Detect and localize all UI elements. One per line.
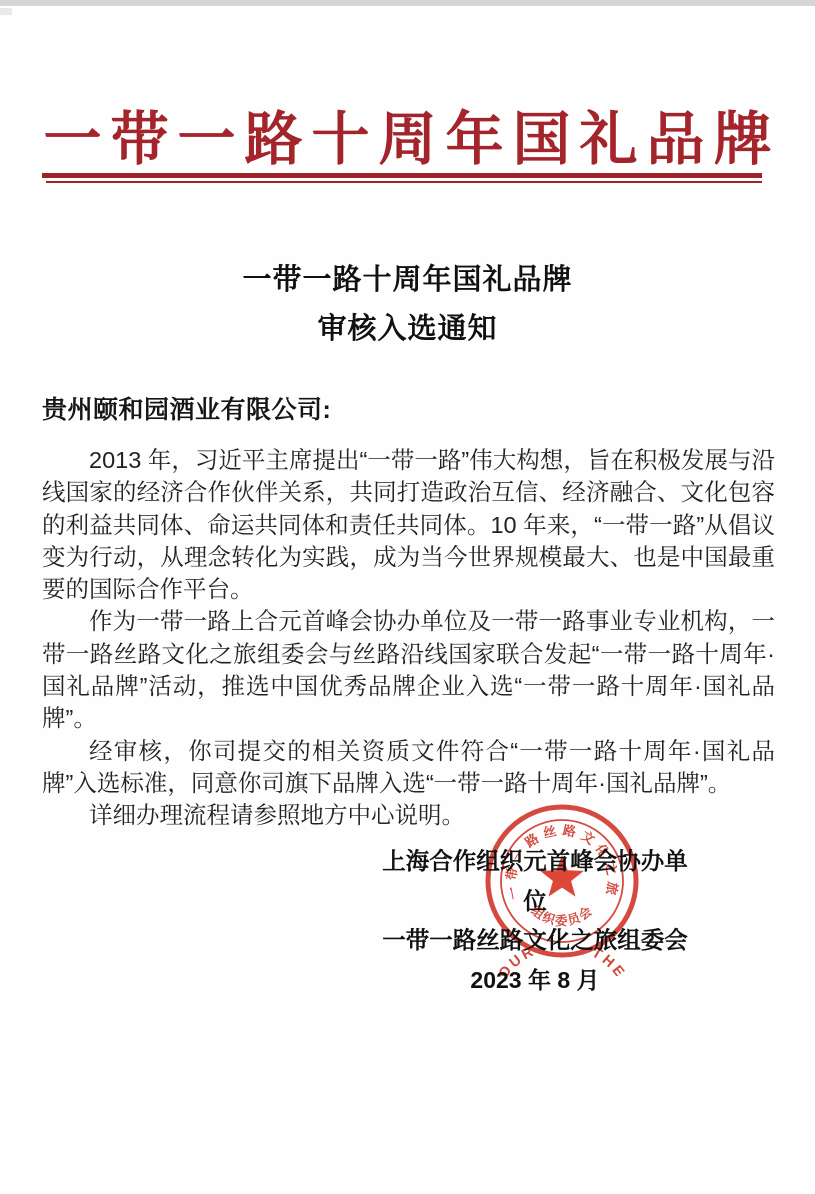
signature-date: 2023 年 8 月	[380, 961, 690, 1001]
document-title-line2: 审核入选通知	[0, 305, 815, 354]
banner-underline-thick	[42, 173, 762, 178]
signature-org-line2: 一带一路丝路文化之旅组委会	[380, 921, 690, 961]
document-title: 一带一路十周年国礼品牌 审核入选通知	[0, 256, 815, 354]
banner-title: 一带一路十周年国礼品牌	[0, 92, 815, 176]
scan-artifact	[0, 8, 12, 15]
signature-block: 上海合作组织元首峰会协办单位 一带一路丝路文化之旅组委会 2023 年 8 月	[380, 842, 690, 1000]
paragraph-4: 详细办理流程请参照地方中心说明。	[42, 799, 775, 831]
paragraph-3: 经审核，你司提交的相关资质文件符合“一带一路十周年·国礼品牌”入选标准，同意你司…	[42, 735, 775, 800]
paragraph-2: 作为一带一路上合元首峰会协办单位及一带一路事业专业机构，一带一路丝路文化之旅组委…	[42, 605, 775, 734]
banner-underline-thin	[46, 181, 762, 183]
letter-body: 2013 年，习近平主席提出“一带一路”伟大构想，旨在积极发展与沿线国家的经济合…	[42, 444, 775, 832]
signature-org-line1: 上海合作组织元首峰会协办单位	[380, 842, 690, 921]
addressee: 贵州颐和园酒业有限公司:	[42, 390, 331, 426]
paragraph-1: 2013 年，习近平主席提出“一带一路”伟大构想，旨在积极发展与沿线国家的经济合…	[42, 444, 775, 605]
scan-top-strip	[0, 0, 815, 6]
document-title-line1: 一带一路十周年国礼品牌	[0, 256, 815, 305]
